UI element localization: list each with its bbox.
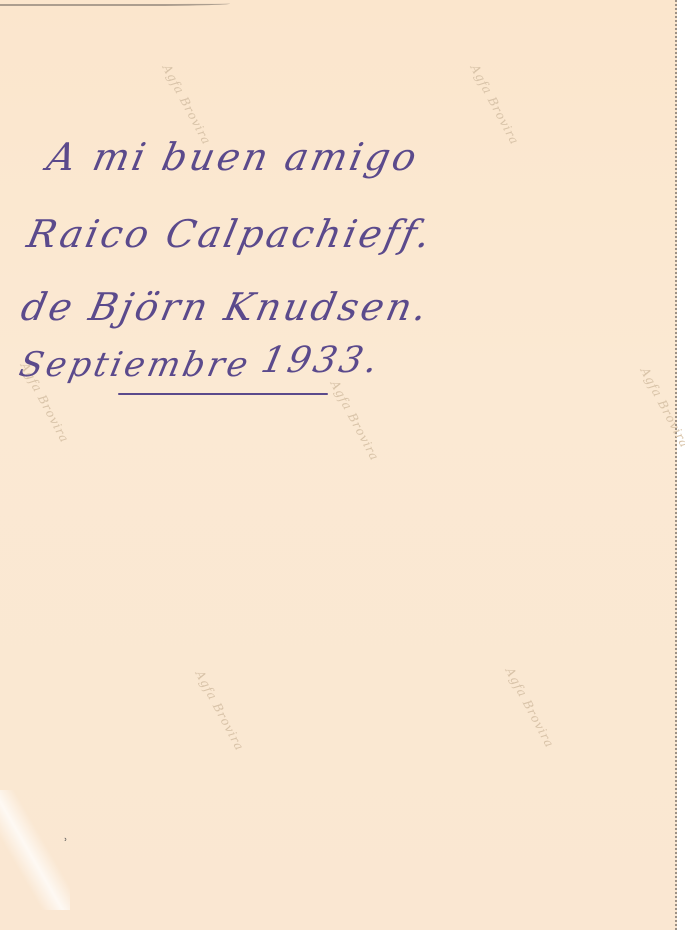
- torn-top-edge: [0, 0, 230, 6]
- stray-ink-mark: ˒: [64, 833, 68, 847]
- inscription-line-1: A mi buen amigo: [43, 135, 423, 179]
- paper-crease: [0, 790, 70, 910]
- watermark: Agfa Brovira: [468, 62, 522, 147]
- watermark: Agfa Brovira: [193, 668, 247, 753]
- photo-card: Agfa Brovira Agfa Brovira Agfa Brovira A…: [0, 0, 677, 930]
- watermark: Agfa Brovira: [328, 378, 382, 463]
- inscription-year: 1933.: [258, 340, 385, 381]
- inscription-month: Septiembre: [16, 345, 255, 385]
- signature-underline: [118, 393, 328, 395]
- inscription-line-2: Raico Calpachieff.: [23, 212, 437, 256]
- inscription-line-3: de Björn Knudsen.: [17, 285, 434, 329]
- watermark: Agfa Brovira: [503, 665, 557, 750]
- watermark: Agfa Brovira: [638, 365, 685, 450]
